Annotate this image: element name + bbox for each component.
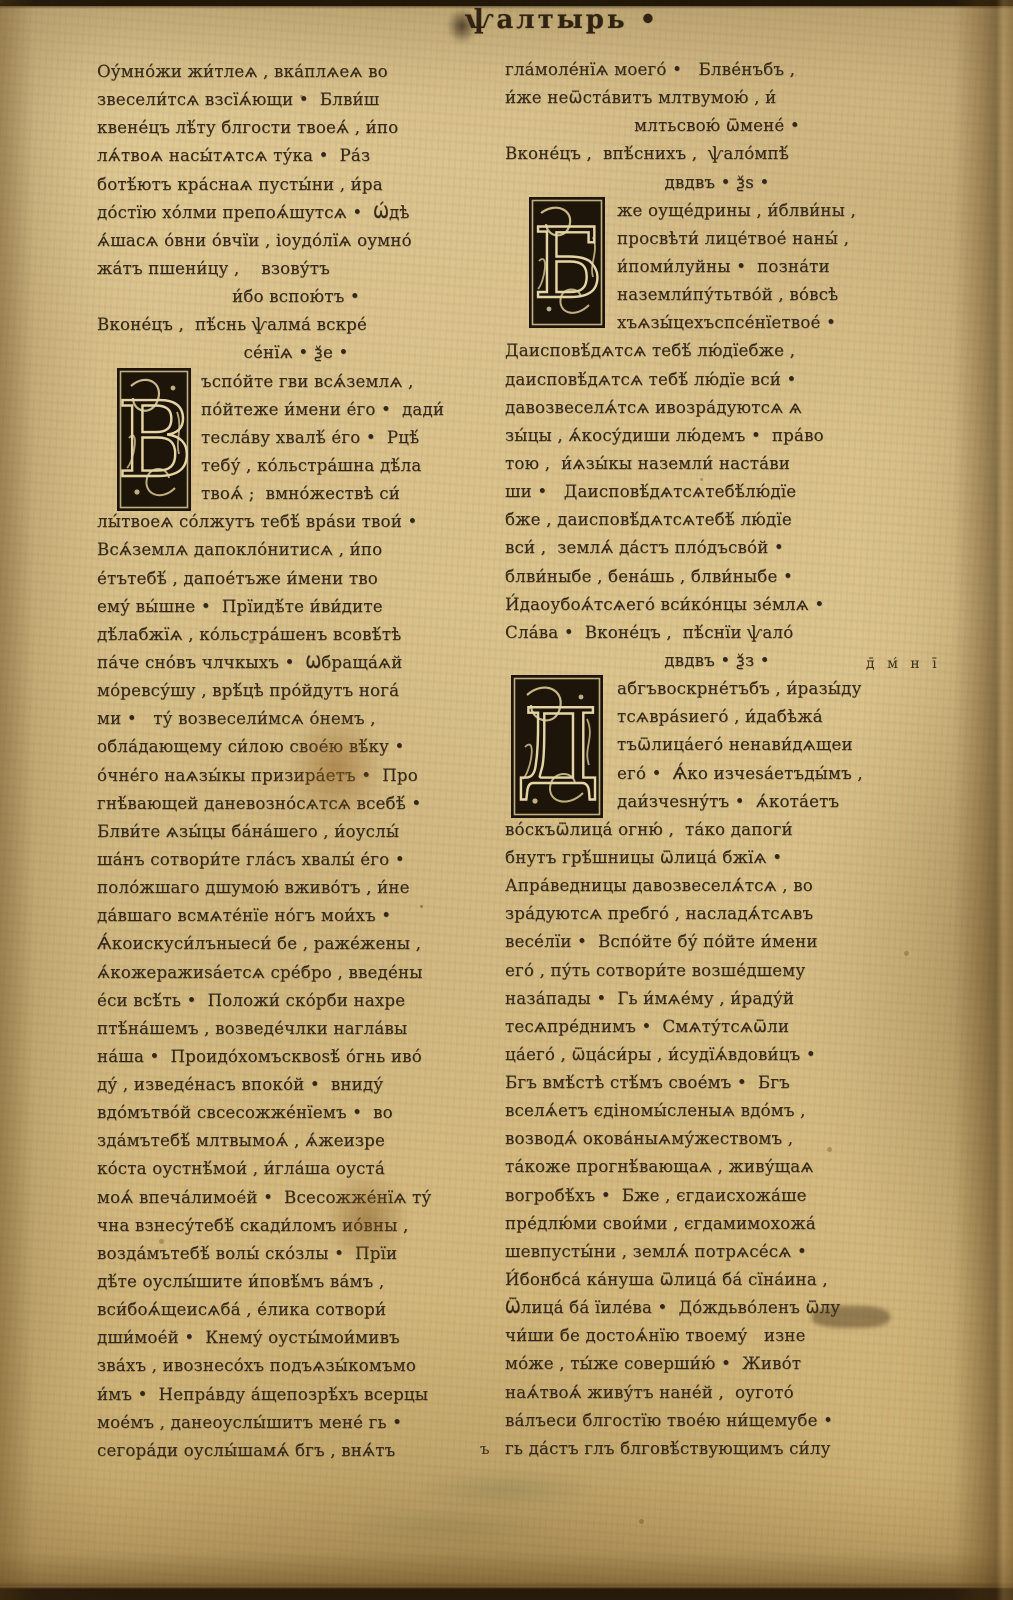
text-line: та́коже прогнѣ́вающаѧ , живу́щаѧ bbox=[505, 1153, 929, 1181]
text-line: ду́ , изведе́насъ впоко́й • вниду́ bbox=[97, 1071, 495, 1099]
text-line: дши́мое́й • Кнему́ оусты́мои́мивъ bbox=[97, 1324, 495, 1352]
text-line: гла́моле́нїѧ моего́ • Блве́нъбъ , bbox=[505, 56, 929, 84]
text-line: ѧ́шасѧ о́вни о́вчїи , іоудо́лїѧ оумно́ bbox=[97, 227, 495, 255]
text-line: до́стїю хо́лми препоѧ́шутсѧ • Ѡ́дѣ bbox=[97, 199, 495, 227]
right-column: Б Д гла́моле́нїѧ моего́ • Блве́нъбъ ,и́ж… bbox=[505, 56, 929, 1463]
text-line: пре́длю́ми свои́ми , єгдамимохожа́ bbox=[505, 1210, 929, 1238]
text-line: ботѣ́ютъ кра́снаѧ пусты́ни , и́ра bbox=[97, 171, 495, 199]
text-line: возводѧ́ окова́ныѧму́жествомъ , bbox=[505, 1125, 929, 1153]
text-line: Даисповѣ́дѧтсѧ тебѣ́ лю́дїебже , bbox=[505, 337, 929, 365]
text-line: звесели́тсѧ взсїѧ́ющи • Блви́ш bbox=[97, 86, 495, 114]
text-line: блви́ныбе , бена́шь , блви́ныбе • bbox=[505, 563, 929, 591]
text-line: Сла́ва • Вконе́цъ , пѣ́снїи ѱало́ bbox=[505, 619, 929, 647]
text-line: ца́его́ , ѿца́си́ры , и́судїѧ́вдови́цъ • bbox=[505, 1041, 929, 1069]
text-line: Оу́мно́жи жи́тлеѧ , вка́плѧеѧ во bbox=[97, 58, 495, 86]
text-line: обла́дающему си́лою свое́ю вѣ́ку • bbox=[97, 733, 495, 761]
text-line: ва́лъеси блгостїю твое́ю ни́щемубе • bbox=[505, 1407, 929, 1435]
text-line: е́си всѣ́ть • Положи́ ско́рби нахре bbox=[97, 987, 495, 1015]
text-line: мое́мъ , данеоуслы́шитъ мене́ гь • bbox=[97, 1409, 495, 1437]
text-line: млтьсвою́ ѿмене́ • bbox=[505, 112, 929, 140]
initial-letter-glyph: Д bbox=[516, 686, 601, 808]
text-line: бнутъ грѣ́шницы ѿлица́ бжїѧ • bbox=[505, 844, 929, 872]
text-line: сегора́ди оуслы́шамѧ́ бгъ , внѧ́тъ bbox=[97, 1437, 495, 1465]
text-line: вогробѣ́хъ • Бже , єгдаисхожа́ше bbox=[505, 1182, 929, 1210]
text-line: дѣ́лабжїѧ , ко́льстра́шенъ всовѣ́тѣ bbox=[97, 621, 495, 649]
text-line: тесѧпре́днимъ • Смѧту́тсѧѿли bbox=[505, 1013, 929, 1041]
left-column-text: Оу́мно́жи жи́тлеѧ , вка́плѧеѧ возвесели́… bbox=[97, 58, 495, 1465]
text-line: ши • Даисповѣ́дѧтсѧтебѣ́лю́дїе bbox=[505, 478, 929, 506]
text-line: о́чне́го наѧзы́кы призира́етъ • Про bbox=[97, 762, 495, 790]
text-line: чна взнесу́тебѣ́ скади́ломъ ио́вны , bbox=[97, 1212, 495, 1240]
text-line: Всѧ́землѧ дапокло́нитисѧ , и́по bbox=[97, 536, 495, 564]
text-line: Вконе́цъ , пѣ́снь ѱалма́ вскре́ bbox=[97, 311, 495, 339]
text-line: е́тътебѣ́ , дапое́тъже и́мени тво bbox=[97, 565, 495, 593]
text-line: лѧ́твоѧ насы́тѧтсѧ ту́ка • Ра́з bbox=[97, 142, 495, 170]
text-line: Блви́те ѧзы́цы ба́на́шего , и́оуслы́ bbox=[97, 818, 495, 846]
text-line: гь да́стъ глъ блговѣ́ствующимъ си́лу bbox=[505, 1435, 929, 1463]
page-right-edge bbox=[953, 0, 1013, 1600]
text-line: вси́боѧ́щеисѧба́ , е́лика сотвори́ bbox=[97, 1296, 495, 1324]
text-line: лы́твоеѧ со́лжутъ тебѣ́ вра́ѕи твои́ • bbox=[97, 508, 495, 536]
text-line: на́ша • Проидо́хомъсквоѕѣ́ о́гнь иво́ bbox=[97, 1043, 495, 1071]
text-line: шевпусты́ни , землѧ́ потрѧсе́сѧ • bbox=[505, 1238, 929, 1266]
text-line: вселѧ́етъ єдіномы́сленыѧ вдо́мъ , bbox=[505, 1097, 929, 1125]
text-line: ми • ту́ возвесели́мсѧ о́немъ , bbox=[97, 705, 495, 733]
text-line: и́же неѿста́витъ млтвумою́ , и́ bbox=[505, 84, 929, 112]
text-line: И́бонбса́ ка́нуша ѿлица́ ба́ сїна́ина , bbox=[505, 1266, 929, 1294]
text-line: дѣ́те оуслы́шите и́повѣ́мъ ва́мъ , bbox=[97, 1268, 495, 1296]
text-line: вси́ , землѧ́ да́стъ пло́дъсво́й • bbox=[505, 534, 929, 562]
text-line: наѧ́твоѧ́ живу́тъ нане́й , оугото́ bbox=[505, 1379, 929, 1407]
text-line: поло́жшаго дшумою́ вживо́тъ , и́не bbox=[97, 874, 495, 902]
text-line: бже , даисповѣ́дѧтсѧтебѣ́ лю́дїе bbox=[505, 506, 929, 534]
woodcut-initial-D: Д bbox=[511, 675, 603, 818]
text-line: даисповѣ́дѧтсѧ тебѣ́ лю́дїе вси́ • bbox=[505, 366, 929, 394]
text-line: квене́цъ лѣ́ту блгости твоеѧ́ , и́по bbox=[97, 114, 495, 142]
left-column: В Оу́мно́жи жи́тлеѧ , вка́плѧеѧ возвесел… bbox=[97, 58, 495, 1465]
text-line: ѧ́кожеражиѕа́етсѧ сре́бро , введе́ны bbox=[97, 959, 495, 987]
text-line: И́даоубоѧ́тсѧего́ вси́ко́нцы зе́млѧ • bbox=[505, 591, 929, 619]
text-line: па́че сно́въ члчкыхъ • Ѡбраща́ѧй bbox=[97, 649, 495, 677]
text-line: его́ , пу́ть сотвори́те возше́дшему bbox=[505, 957, 929, 985]
catchword: ъ bbox=[480, 1440, 490, 1458]
text-line: гнѣ́вающей даневозно́сѧтсѧ всебѣ́ • bbox=[97, 790, 495, 818]
text-line: зы́цы , ѧ́косу́диши лю́демъ • пра́во bbox=[505, 422, 929, 450]
text-line: наза́пады • Гь и́мѧе́му , и́раду́й bbox=[505, 985, 929, 1013]
margin-note: д̄ м́ н і̄ bbox=[866, 656, 941, 672]
text-line: Вконе́цъ , впѣ́снихъ , ѱало́мпѣ́ bbox=[505, 140, 929, 168]
text-line: ко́ста оустнѣ́мои́ , и́гла́ша оуста́ bbox=[97, 1155, 495, 1183]
text-line: жа́тъ пшени́цу , взову́тъ bbox=[97, 255, 495, 283]
text-line: давозвеселѧ́тсѧ ивозра́дуютсѧ ѧ bbox=[505, 394, 929, 422]
text-line: ему́ вы́шне • Прїидѣ́те и́ви́дите bbox=[97, 593, 495, 621]
woodcut-initial-B: Б bbox=[529, 197, 605, 328]
text-line: во́скъѿлица́ огню́ , та́ко дапоги́ bbox=[505, 816, 929, 844]
text-line: Бгъ вмѣ́стѣ стѣ́мъ свое́мъ • Бгъ bbox=[505, 1069, 929, 1097]
text-line: весе́лїи • Вспо́йте бу́ по́йте и́мени bbox=[505, 928, 929, 956]
text-line: и́мъ • Непра́вду а́щепозрѣ́хъ всерцы bbox=[97, 1381, 495, 1409]
text-line: Ѿлица́ ба́ їиле́ва • До́ждьво́ленъ ѿлу bbox=[505, 1294, 929, 1322]
paper-specks bbox=[0, 0, 3, 3]
text-line: двдвъ • ѯѕ • bbox=[505, 169, 929, 197]
show-through-text bbox=[318, 1462, 608, 1554]
woodcut-initial-V: В bbox=[117, 368, 191, 511]
page-left-edge bbox=[0, 0, 34, 1600]
initial-letter-glyph: Б bbox=[533, 208, 604, 320]
page-bottom-shadow bbox=[0, 1552, 1013, 1586]
page-bottom-edge bbox=[0, 1582, 1013, 1600]
text-line: тою , и́ѧзы́кы наземли́ наста́ви bbox=[505, 450, 929, 478]
text-line: зра́дуютсѧ пребго́ , насладѧ́тсѧвъ bbox=[505, 900, 929, 928]
text-line: ша́нъ сотвори́те гла́съ хвалы́ е́го • bbox=[97, 846, 495, 874]
text-line: Ѧ́коискуси́лъныеси́ бе , раже́жены , bbox=[97, 930, 495, 958]
text-line: чи́ши бе достоѧ́нїю твоему́ изне bbox=[505, 1322, 929, 1350]
running-title: ѱалтырь • bbox=[392, 5, 732, 35]
text-line: мо́же , ты́же соверши́ю́ • Живо́т bbox=[505, 1350, 929, 1378]
text-line: вдо́мътво́й свсесожже́нїемъ • во bbox=[97, 1099, 495, 1127]
text-line: да́вшаго всмѧте́нїе но́гъ мои́хъ • bbox=[97, 902, 495, 930]
text-line: моѧ́ впеча́лимое́й • Всесожже́нїѧ ту́ bbox=[97, 1184, 495, 1212]
text-line: возда́мътебѣ́ волы́ ско́злы • Прїи bbox=[97, 1240, 495, 1268]
text-line: и́бо вспою́тъ • bbox=[97, 283, 495, 311]
text-line: Апра́ведницы давозвеселѧ́тсѧ , во bbox=[505, 872, 929, 900]
text-line: зда́мътебѣ́ млтвымоѧ́ , ѧ́жеизре bbox=[97, 1127, 495, 1155]
text-line: се́нїѧ • ѯе • bbox=[97, 339, 495, 367]
psalter-page: ѱалтырь • В Оу́мно́жи жи́тлеѧ , вка́плѧе… bbox=[0, 0, 1013, 1600]
text-line: зва́хъ , ивознесо́хъ подъѧзы́комъмо bbox=[97, 1352, 495, 1380]
text-line: птѣ́на́шемъ , возведе́члки нагла́вы bbox=[97, 1015, 495, 1043]
text-line: мо́ревсу́шу , врѣ́цѣ про́йдутъ нога́ bbox=[97, 677, 495, 705]
initial-letter-glyph: В bbox=[117, 379, 191, 501]
